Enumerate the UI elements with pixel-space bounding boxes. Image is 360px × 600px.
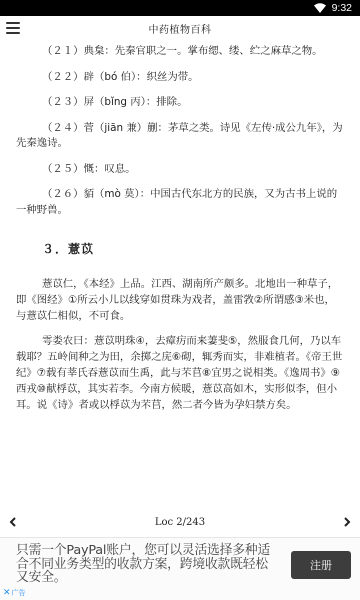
status-time: 9:32 xyxy=(332,2,352,14)
footnote-number: （２１） xyxy=(42,45,84,57)
footnote-22: （２２）辟（bó 伯）：织丝为带。 xyxy=(16,70,344,86)
close-x-icon[interactable]: ✕ xyxy=(3,589,11,598)
ad-text[interactable]: 只需一个PayPal账户，您可以灵活选择多种适合不同业务类型的收款方案，跨境收款… xyxy=(16,544,278,585)
footnote-24: （２４）菅（jiān 兼）蒯：茅草之类。诗见《左传·成公九年》，为先秦逸诗。 xyxy=(16,121,344,152)
app-bar: 中药植物百科 xyxy=(0,16,360,40)
body-paragraph: 雩娄农曰：薏苡明珠④，去瘴疠而来萋斐⑤，然服食几何，乃以车载耶？五岭间种之为田，… xyxy=(16,333,344,413)
footnote-26: （２６）貊（mò 莫）：中国古代东北方的民族，又为古书上说的一种野兽。 xyxy=(16,187,344,218)
ad-label-text: 广告 xyxy=(12,588,26,598)
menu-line xyxy=(6,32,20,34)
menu-line xyxy=(6,27,20,29)
page-navigation: Loc 2/243 xyxy=(0,511,360,533)
footnote-text: 慨：叹息。 xyxy=(84,163,136,175)
ad-register-button[interactable]: 注册 xyxy=(291,551,351,579)
chevron-left-icon xyxy=(9,517,17,527)
location-indicator: Loc 2/243 xyxy=(155,517,205,528)
body-paragraph: 薏苡仁，《本经》上品。江西、湖南所产颇多。北地出一种草子，即《图经》①所云小儿以… xyxy=(16,276,344,324)
hamburger-menu-icon[interactable] xyxy=(4,19,22,37)
chevron-right-icon xyxy=(343,517,351,527)
reader-content[interactable]: （２１）典枲：先秦官职之一。掌布缌、缕、纻之麻草之物。 （２２）辟（bó 伯）：… xyxy=(0,40,360,508)
wifi-icon xyxy=(314,3,326,13)
ad-label[interactable]: ✕ 广告 xyxy=(3,588,26,598)
footnote-23: （２３）屏（bǐng 丙）：排除。 xyxy=(16,95,344,111)
app-title: 中药植物百科 xyxy=(149,21,212,36)
footnote-25: （２５）慨：叹息。 xyxy=(16,162,344,178)
footnote-number: （２６） xyxy=(42,188,84,200)
ad-banner[interactable]: 只需一个PayPal账户，您可以灵活选择多种适合不同业务类型的收款方案，跨境收款… xyxy=(0,537,360,600)
footnote-number: （２５） xyxy=(42,163,84,175)
footnote-text: 辟（bó 伯）：织丝为带。 xyxy=(84,71,199,83)
footnote-number: （２２） xyxy=(42,71,84,83)
status-bar: 9:32 xyxy=(0,0,360,16)
footnote-number: （２３） xyxy=(42,96,84,108)
section-heading: ３．薏苡 xyxy=(42,242,344,258)
footnote-number: （２４） xyxy=(42,122,84,134)
menu-line xyxy=(6,22,20,24)
footnote-text: 屏（bǐng 丙）：排除。 xyxy=(84,96,188,108)
footnote-21: （２１）典枲：先秦官职之一。掌布缌、缕、纻之麻草之物。 xyxy=(16,44,344,60)
prev-page-button[interactable] xyxy=(2,511,24,533)
footnote-text: 典枲：先秦官职之一。掌布缌、缕、纻之麻草之物。 xyxy=(84,45,323,57)
next-page-button[interactable] xyxy=(336,511,358,533)
